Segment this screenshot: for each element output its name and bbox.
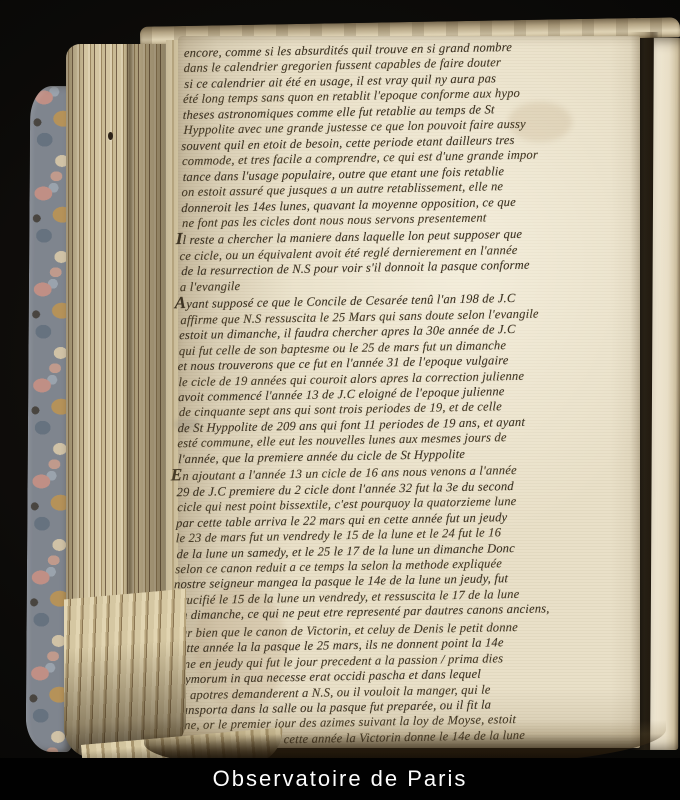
facing-page-edge (650, 38, 680, 750)
photo-background: encore, comme si les absurdités quil tro… (0, 0, 680, 800)
manuscript-book: encore, comme si les absurdités quil tro… (24, 20, 680, 762)
caption-text: Observatoire de Paris (213, 766, 468, 792)
caption-band: Observatoire de Paris (0, 758, 680, 800)
wormhole (108, 132, 113, 140)
manuscript-text: encore, comme si les absurdités quil tro… (172, 38, 636, 750)
manuscript-page: encore, comme si les absurdités quil tro… (178, 36, 640, 748)
